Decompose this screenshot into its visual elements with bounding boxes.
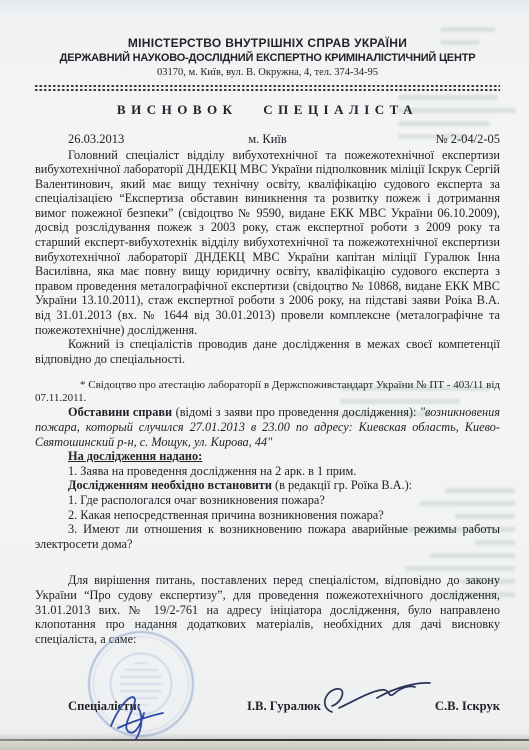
document-content: МІНІСТЕРСТВО ВНУТРІШНІХ СПРАВ УКРАЇНИ ДЕ… xyxy=(0,0,529,646)
signature-row: Спеціалісти: І.В. Гуралюк С.В. Іскрук xyxy=(35,695,500,725)
header-center-name: ДЕРЖАВНИЙ НАУКОВО-ДОСЛІДНИЙ ЕКСПЕРТНО КР… xyxy=(35,52,500,64)
document-page: МІНІСТЕРСТВО ВНУТРІШНІХ СПРАВ УКРАЇНИ ДЕ… xyxy=(0,0,529,750)
paragraph-competence: Кожний із спеціалістів проводив дане дос… xyxy=(35,337,500,366)
signature-name-guralyuk: І.В. Гуралюк xyxy=(247,699,321,714)
meta-row: 26.03.2013 м. Київ № 2-04/2-05 xyxy=(35,132,500,148)
header-ministry: МІНІСТЕРСТВО ВНУТРІШНІХ СПРАВ УКРАЇНИ xyxy=(35,36,500,50)
document-title: ВИСНОВОК СПЕЦІАЛІСТА xyxy=(35,102,500,118)
signatures-label: Спеціалісти: xyxy=(68,699,141,714)
circumstances-text: (відомі з заяви про проведення досліджен… xyxy=(172,405,420,419)
establish-note: (в редакції гр. Роїка В.А.): xyxy=(272,478,412,492)
paragraph-circumstances: Обставини справи (відомі з заяви про про… xyxy=(35,405,500,449)
paragraph-specialists-intro: Головний спеціаліст відділу вибухотехніч… xyxy=(35,148,500,338)
establish-item: 2. Какая непосредственная причина возник… xyxy=(35,508,500,523)
header-divider xyxy=(35,85,500,91)
provided-item: 1. Заява на проведення дослідження на 2 … xyxy=(35,464,500,479)
document-number: № 2-04/2-05 xyxy=(436,132,500,147)
establish-heading: Дослідженням необхідно встановити (в ред… xyxy=(35,478,500,493)
footnote-accreditation: * Свідоцтво про атестацію лабораторії в … xyxy=(35,379,500,405)
provided-heading: На дослідження надано: xyxy=(35,449,500,464)
document-place: м. Київ xyxy=(35,132,500,147)
paragraph-request: Для вирішення питань, поставлених перед … xyxy=(35,573,500,646)
establish-item: 3. Имеют ли отношения к возникновению по… xyxy=(35,522,500,551)
scanner-background-strip xyxy=(0,741,529,750)
header-address: 03170, м. Київ, вул. В. Окружна, 4, тел.… xyxy=(35,67,500,78)
establish-item: 1. Где распологался очаг возникновения п… xyxy=(35,493,500,508)
signature-name-iskruk: С.В. Іскрук xyxy=(435,699,500,714)
circumstances-label: Обставини справи xyxy=(68,405,172,419)
